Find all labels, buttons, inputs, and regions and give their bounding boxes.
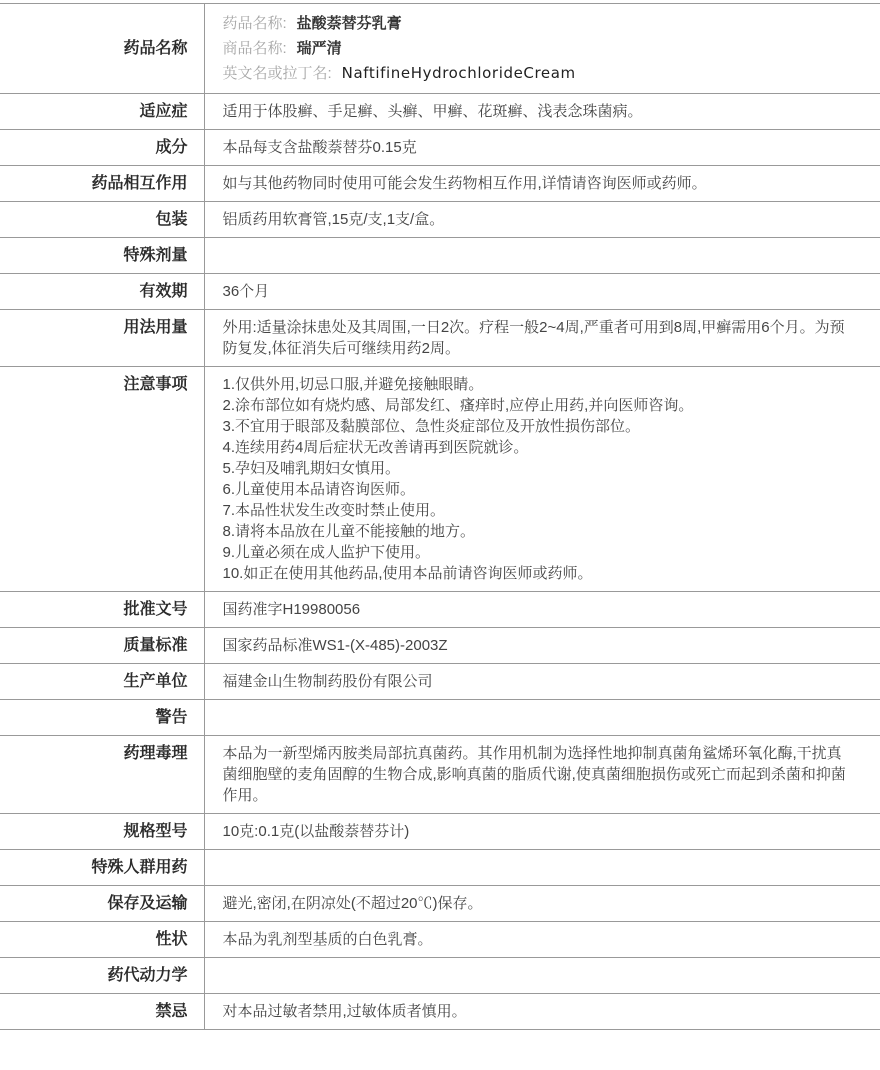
pair-key: 商品名称: <box>223 40 287 57</box>
row-value: 适用于体股癣、手足癣、头癣、甲癣、花斑癣、浅表念珠菌病。 <box>204 94 880 130</box>
note-line: 3.不宜用于眼部及黏膜部位、急性炎症部位及开放性损伤部位。 <box>223 416 857 437</box>
row-text: 36个月 <box>223 281 857 302</box>
pair-value: 盐酸萘替芬乳膏 <box>297 15 402 32</box>
note-line: 2.涂布部位如有烧灼感、局部发红、瘙痒时,应停止用药,并向医师咨询。 <box>223 395 857 416</box>
row-value: 国药准字H19980056 <box>204 592 880 628</box>
row-value <box>204 238 880 274</box>
table-row: 药品相互作用如与其他药物同时使用可能会发生药物相互作用,详情请咨询医师或药师。 <box>0 166 880 202</box>
row-text: 避光,密闭,在阴凉处(不超过20℃)保存。 <box>223 893 857 914</box>
row-value <box>204 850 880 886</box>
row-text: 本品为一新型烯丙胺类局部抗真菌药。其作用机制为选择性地抑制真菌角鲨烯环氧化酶,干… <box>223 743 857 806</box>
note-line: 6.儿童使用本品请咨询医师。 <box>223 479 857 500</box>
note-line: 10.如正在使用其他药品,使用本品前请咨询医师或药师。 <box>223 563 857 584</box>
name-pair-line: 药品名称:盐酸萘替芬乳膏 <box>223 11 857 36</box>
row-label: 禁忌 <box>0 994 204 1030</box>
row-value: 避光,密闭,在阴凉处(不超过20℃)保存。 <box>204 886 880 922</box>
row-text: 本品每支含盐酸萘替芬0.15克 <box>223 137 857 158</box>
row-text: 国药准字H19980056 <box>223 599 857 620</box>
row-value: 1.仅供外用,切忌口服,并避免接触眼睛。2.涂布部位如有烧灼感、局部发红、瘙痒时… <box>204 367 880 592</box>
row-label: 保存及运输 <box>0 886 204 922</box>
row-value: 铝质药用软膏管,15克/支,1支/盒。 <box>204 202 880 238</box>
row-text: 国家药品标准WS1-(X-485)-2003Z <box>223 635 857 656</box>
row-label: 药品名称 <box>0 4 204 94</box>
row-label: 特殊剂量 <box>0 238 204 274</box>
row-value: 福建金山生物制药股份有限公司 <box>204 664 880 700</box>
note-line: 8.请将本品放在儿童不能接触的地方。 <box>223 521 857 542</box>
row-label: 注意事项 <box>0 367 204 592</box>
table-row: 保存及运输避光,密闭,在阴凉处(不超过20℃)保存。 <box>0 886 880 922</box>
row-value: 本品每支含盐酸萘替芬0.15克 <box>204 130 880 166</box>
note-line: 7.本品性状发生改变时禁止使用。 <box>223 500 857 521</box>
row-label: 药代动力学 <box>0 958 204 994</box>
note-line: 4.连续用药4周后症状无改善请再到医院就诊。 <box>223 437 857 458</box>
row-text <box>223 707 857 726</box>
row-value: 如与其他药物同时使用可能会发生药物相互作用,详情请咨询医师或药师。 <box>204 166 880 202</box>
row-value: 36个月 <box>204 274 880 310</box>
row-label: 批准文号 <box>0 592 204 628</box>
row-value: 10克:0.1克(以盐酸萘替芬计) <box>204 814 880 850</box>
row-value: 本品为一新型烯丙胺类局部抗真菌药。其作用机制为选择性地抑制真菌角鲨烯环氧化酶,干… <box>204 736 880 814</box>
table-row: 注意事项1.仅供外用,切忌口服,并避免接触眼睛。2.涂布部位如有烧灼感、局部发红… <box>0 367 880 592</box>
row-text: 本品为乳剂型基质的白色乳膏。 <box>223 929 857 950</box>
drug-info-table: 药品名称药品名称:盐酸萘替芬乳膏商品名称:瑞严清英文名或拉丁名:Naftifin… <box>0 3 880 1030</box>
table-row: 特殊人群用药 <box>0 850 880 886</box>
note-line: 5.孕妇及哺乳期妇女慎用。 <box>223 458 857 479</box>
row-label: 有效期 <box>0 274 204 310</box>
row-value <box>204 700 880 736</box>
row-label: 药品相互作用 <box>0 166 204 202</box>
row-value: 药品名称:盐酸萘替芬乳膏商品名称:瑞严清英文名或拉丁名:NaftifineHyd… <box>204 4 880 94</box>
table-row: 适应症适用于体股癣、手足癣、头癣、甲癣、花斑癣、浅表念珠菌病。 <box>0 94 880 130</box>
row-label: 药理毒理 <box>0 736 204 814</box>
row-text: 铝质药用软膏管,15克/支,1支/盒。 <box>223 209 857 230</box>
name-pair-line: 英文名或拉丁名:NaftifineHydrochlorideCream <box>223 61 857 86</box>
row-value: 国家药品标准WS1-(X-485)-2003Z <box>204 628 880 664</box>
row-value: 对本品过敏者禁用,过敏体质者慎用。 <box>204 994 880 1030</box>
row-value <box>204 958 880 994</box>
table-row: 批准文号国药准字H19980056 <box>0 592 880 628</box>
drug-info-page: 药品名称药品名称:盐酸萘替芬乳膏商品名称:瑞严清英文名或拉丁名:Naftifin… <box>0 0 880 1030</box>
note-line: 9.儿童必须在成人监护下使用。 <box>223 542 857 563</box>
table-row: 包装铝质药用软膏管,15克/支,1支/盒。 <box>0 202 880 238</box>
row-text: 福建金山生物制药股份有限公司 <box>223 671 857 692</box>
row-value: 外用:适量涂抹患处及其周围,一日2次。疗程一般2~4周,严重者可用到8周,甲癣需… <box>204 310 880 367</box>
row-label: 包装 <box>0 202 204 238</box>
table-row: 生产单位福建金山生物制药股份有限公司 <box>0 664 880 700</box>
row-text <box>223 965 857 984</box>
table-row: 性状本品为乳剂型基质的白色乳膏。 <box>0 922 880 958</box>
row-label: 规格型号 <box>0 814 204 850</box>
row-label: 生产单位 <box>0 664 204 700</box>
table-row: 药代动力学 <box>0 958 880 994</box>
row-label: 适应症 <box>0 94 204 130</box>
table-row: 警告 <box>0 700 880 736</box>
table-row: 用法用量外用:适量涂抹患处及其周围,一日2次。疗程一般2~4周,严重者可用到8周… <box>0 310 880 367</box>
table-row: 特殊剂量 <box>0 238 880 274</box>
table-row: 药理毒理本品为一新型烯丙胺类局部抗真菌药。其作用机制为选择性地抑制真菌角鲨烯环氧… <box>0 736 880 814</box>
row-text: 如与其他药物同时使用可能会发生药物相互作用,详情请咨询医师或药师。 <box>223 173 857 194</box>
row-label: 警告 <box>0 700 204 736</box>
table-row: 质量标准国家药品标准WS1-(X-485)-2003Z <box>0 628 880 664</box>
row-text <box>223 857 857 876</box>
row-text: 适用于体股癣、手足癣、头癣、甲癣、花斑癣、浅表念珠菌病。 <box>223 101 857 122</box>
table-row: 成分本品每支含盐酸萘替芬0.15克 <box>0 130 880 166</box>
row-label: 用法用量 <box>0 310 204 367</box>
pair-key: 药品名称: <box>223 15 287 32</box>
pair-value: 瑞严清 <box>297 40 342 57</box>
row-text <box>223 245 857 264</box>
table-row: 禁忌对本品过敏者禁用,过敏体质者慎用。 <box>0 994 880 1030</box>
row-text: 外用:适量涂抹患处及其周围,一日2次。疗程一般2~4周,严重者可用到8周,甲癣需… <box>223 317 857 359</box>
row-text: 对本品过敏者禁用,过敏体质者慎用。 <box>223 1001 857 1022</box>
row-value: 本品为乳剂型基质的白色乳膏。 <box>204 922 880 958</box>
table-row: 规格型号10克:0.1克(以盐酸萘替芬计) <box>0 814 880 850</box>
row-label: 性状 <box>0 922 204 958</box>
table-row: 有效期36个月 <box>0 274 880 310</box>
row-label: 质量标准 <box>0 628 204 664</box>
row-text: 10克:0.1克(以盐酸萘替芬计) <box>223 821 857 842</box>
pair-value: NaftifineHydrochlorideCream <box>342 64 576 82</box>
pair-key: 英文名或拉丁名: <box>223 65 332 82</box>
table-row: 药品名称药品名称:盐酸萘替芬乳膏商品名称:瑞严清英文名或拉丁名:Naftifin… <box>0 4 880 94</box>
table-body: 药品名称药品名称:盐酸萘替芬乳膏商品名称:瑞严清英文名或拉丁名:Naftifin… <box>0 4 880 1030</box>
row-label: 特殊人群用药 <box>0 850 204 886</box>
row-label: 成分 <box>0 130 204 166</box>
name-pair-line: 商品名称:瑞严清 <box>223 36 857 61</box>
note-line: 1.仅供外用,切忌口服,并避免接触眼睛。 <box>223 374 857 395</box>
